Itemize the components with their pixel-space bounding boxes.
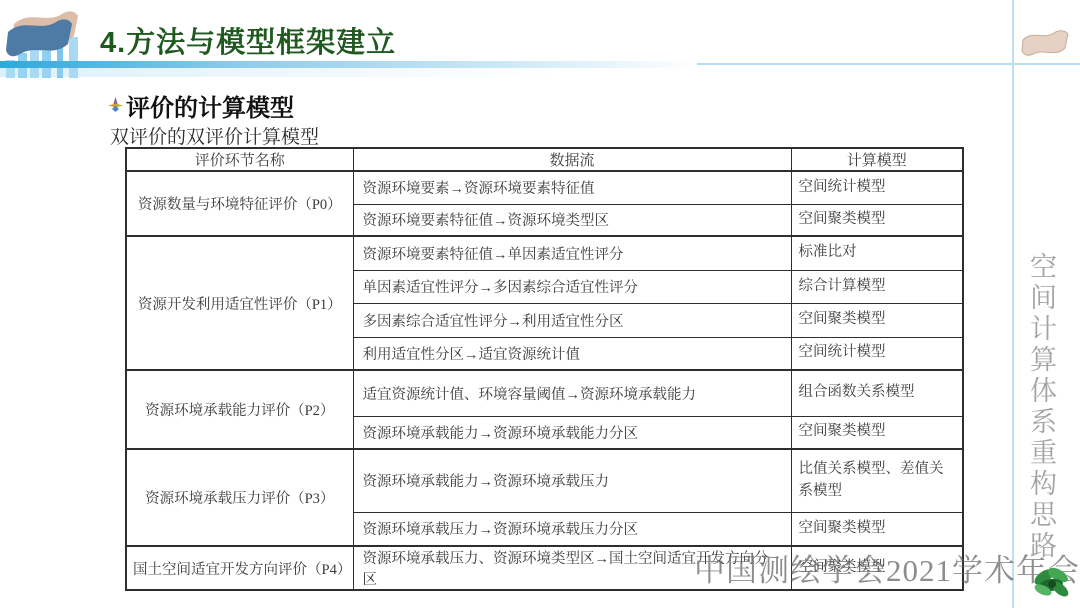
col-header-stage: 评价环节名称: [126, 148, 353, 171]
eval-stage-name-cell: 资源环境承载能力评价（P2）: [126, 370, 353, 449]
data-flow-cell: 适宜资源统计值、环境容量阈值→资源环境承载能力: [353, 370, 791, 416]
star-bullet-icon: [107, 97, 124, 114]
table-row: 资源数量与环境特征评价（P0）资源环境要素→资源环境要素特征值空间统计模型: [126, 171, 963, 204]
data-flow-cell: 资源环境承载能力→资源环境承载压力: [353, 449, 791, 512]
calc-model-cell: 空间统计模型: [791, 171, 963, 204]
table-header-row: 评价环节名称 数据流 计算模型: [126, 148, 963, 171]
eval-stage-name-cell: 资源数量与环境特征评价（P0）: [126, 171, 353, 236]
calc-model-cell: 比值关系模型、差值关系模型: [791, 449, 963, 512]
page-title: 4.方法与模型框架建立: [100, 20, 396, 61]
evaluation-table-wrap: 评价环节名称 数据流 计算模型 资源数量与环境特征评价（P0）资源环境要素→资源…: [125, 147, 964, 591]
data-flow-cell: 资源环境承载能力→资源环境承载能力分区: [353, 416, 791, 449]
calc-model-cell: 空间聚类模型: [791, 303, 963, 337]
eval-stage-name-cell: 资源环境承载压力评价（P3）: [126, 449, 353, 546]
table-row: 资源开发利用适宜性评价（P1）资源环境要素特征值→单因素适宜性评分标准比对: [126, 236, 963, 270]
plant-leaves-icon: [1028, 557, 1076, 603]
evaluation-table: 评价环节名称 数据流 计算模型 资源数量与环境特征评价（P0）资源环境要素→资源…: [125, 147, 964, 591]
calc-model-cell: 组合函数关系模型: [791, 370, 963, 416]
data-flow-cell: 资源环境要素特征值→单因素适宜性评分: [353, 236, 791, 270]
wavy-flag-icon: [6, 11, 78, 56]
data-flow-cell: 单因素适宜性评分→多因素综合适宜性评分: [353, 270, 791, 303]
table-row: 资源环境承载压力评价（P3）资源环境承载能力→资源环境承载压力比值关系模型、差值…: [126, 449, 963, 512]
calc-model-cell: 综合计算模型: [791, 270, 963, 303]
data-flow-cell: 资源环境要素→资源环境要素特征值: [353, 171, 791, 204]
calc-model-cell: 标准比对: [791, 236, 963, 270]
col-header-model: 计算模型: [791, 148, 963, 171]
calc-model-cell: 空间聚类模型: [791, 204, 963, 236]
data-flow-cell: 多因素综合适宜性评分→利用适宜性分区: [353, 303, 791, 337]
header-rule-right: [697, 63, 1080, 65]
calc-model-cell: 空间聚类模型: [791, 416, 963, 449]
table-row: 资源环境承载能力评价（P2）适宜资源统计值、环境容量阈值→资源环境承载能力组合函…: [126, 370, 963, 416]
title-underline-soft: [0, 68, 560, 77]
conference-watermark: 中国测绘学会2021学术年会: [694, 545, 1080, 590]
wavy-flag-icon: [1020, 26, 1072, 58]
eval-stage-name-cell: 资源开发利用适宜性评价（P1）: [126, 236, 353, 370]
table-caption: 双评价的双评价计算模型: [110, 122, 319, 149]
right-edge-rule: [1012, 0, 1014, 608]
eval-stage-name-cell: 国土空间适宜开发方向评价（P4）: [126, 546, 353, 590]
calc-model-cell: 空间统计模型: [791, 337, 963, 370]
col-header-dataflow: 数据流: [353, 148, 791, 171]
data-flow-cell: 资源环境要素特征值→资源环境类型区: [353, 204, 791, 236]
data-flow-cell: 利用适宜性分区→适宜资源统计值: [353, 337, 791, 370]
title-underline: [0, 61, 697, 68]
data-flow-cell: 资源环境承载压力→资源环境承载压力分区: [353, 512, 791, 546]
section-heading: 评价的计算模型: [126, 88, 294, 123]
side-vertical-caption: 空间计算体系重构思路: [1022, 252, 1061, 572]
calc-model-cell: 空间聚类模型: [791, 512, 963, 546]
